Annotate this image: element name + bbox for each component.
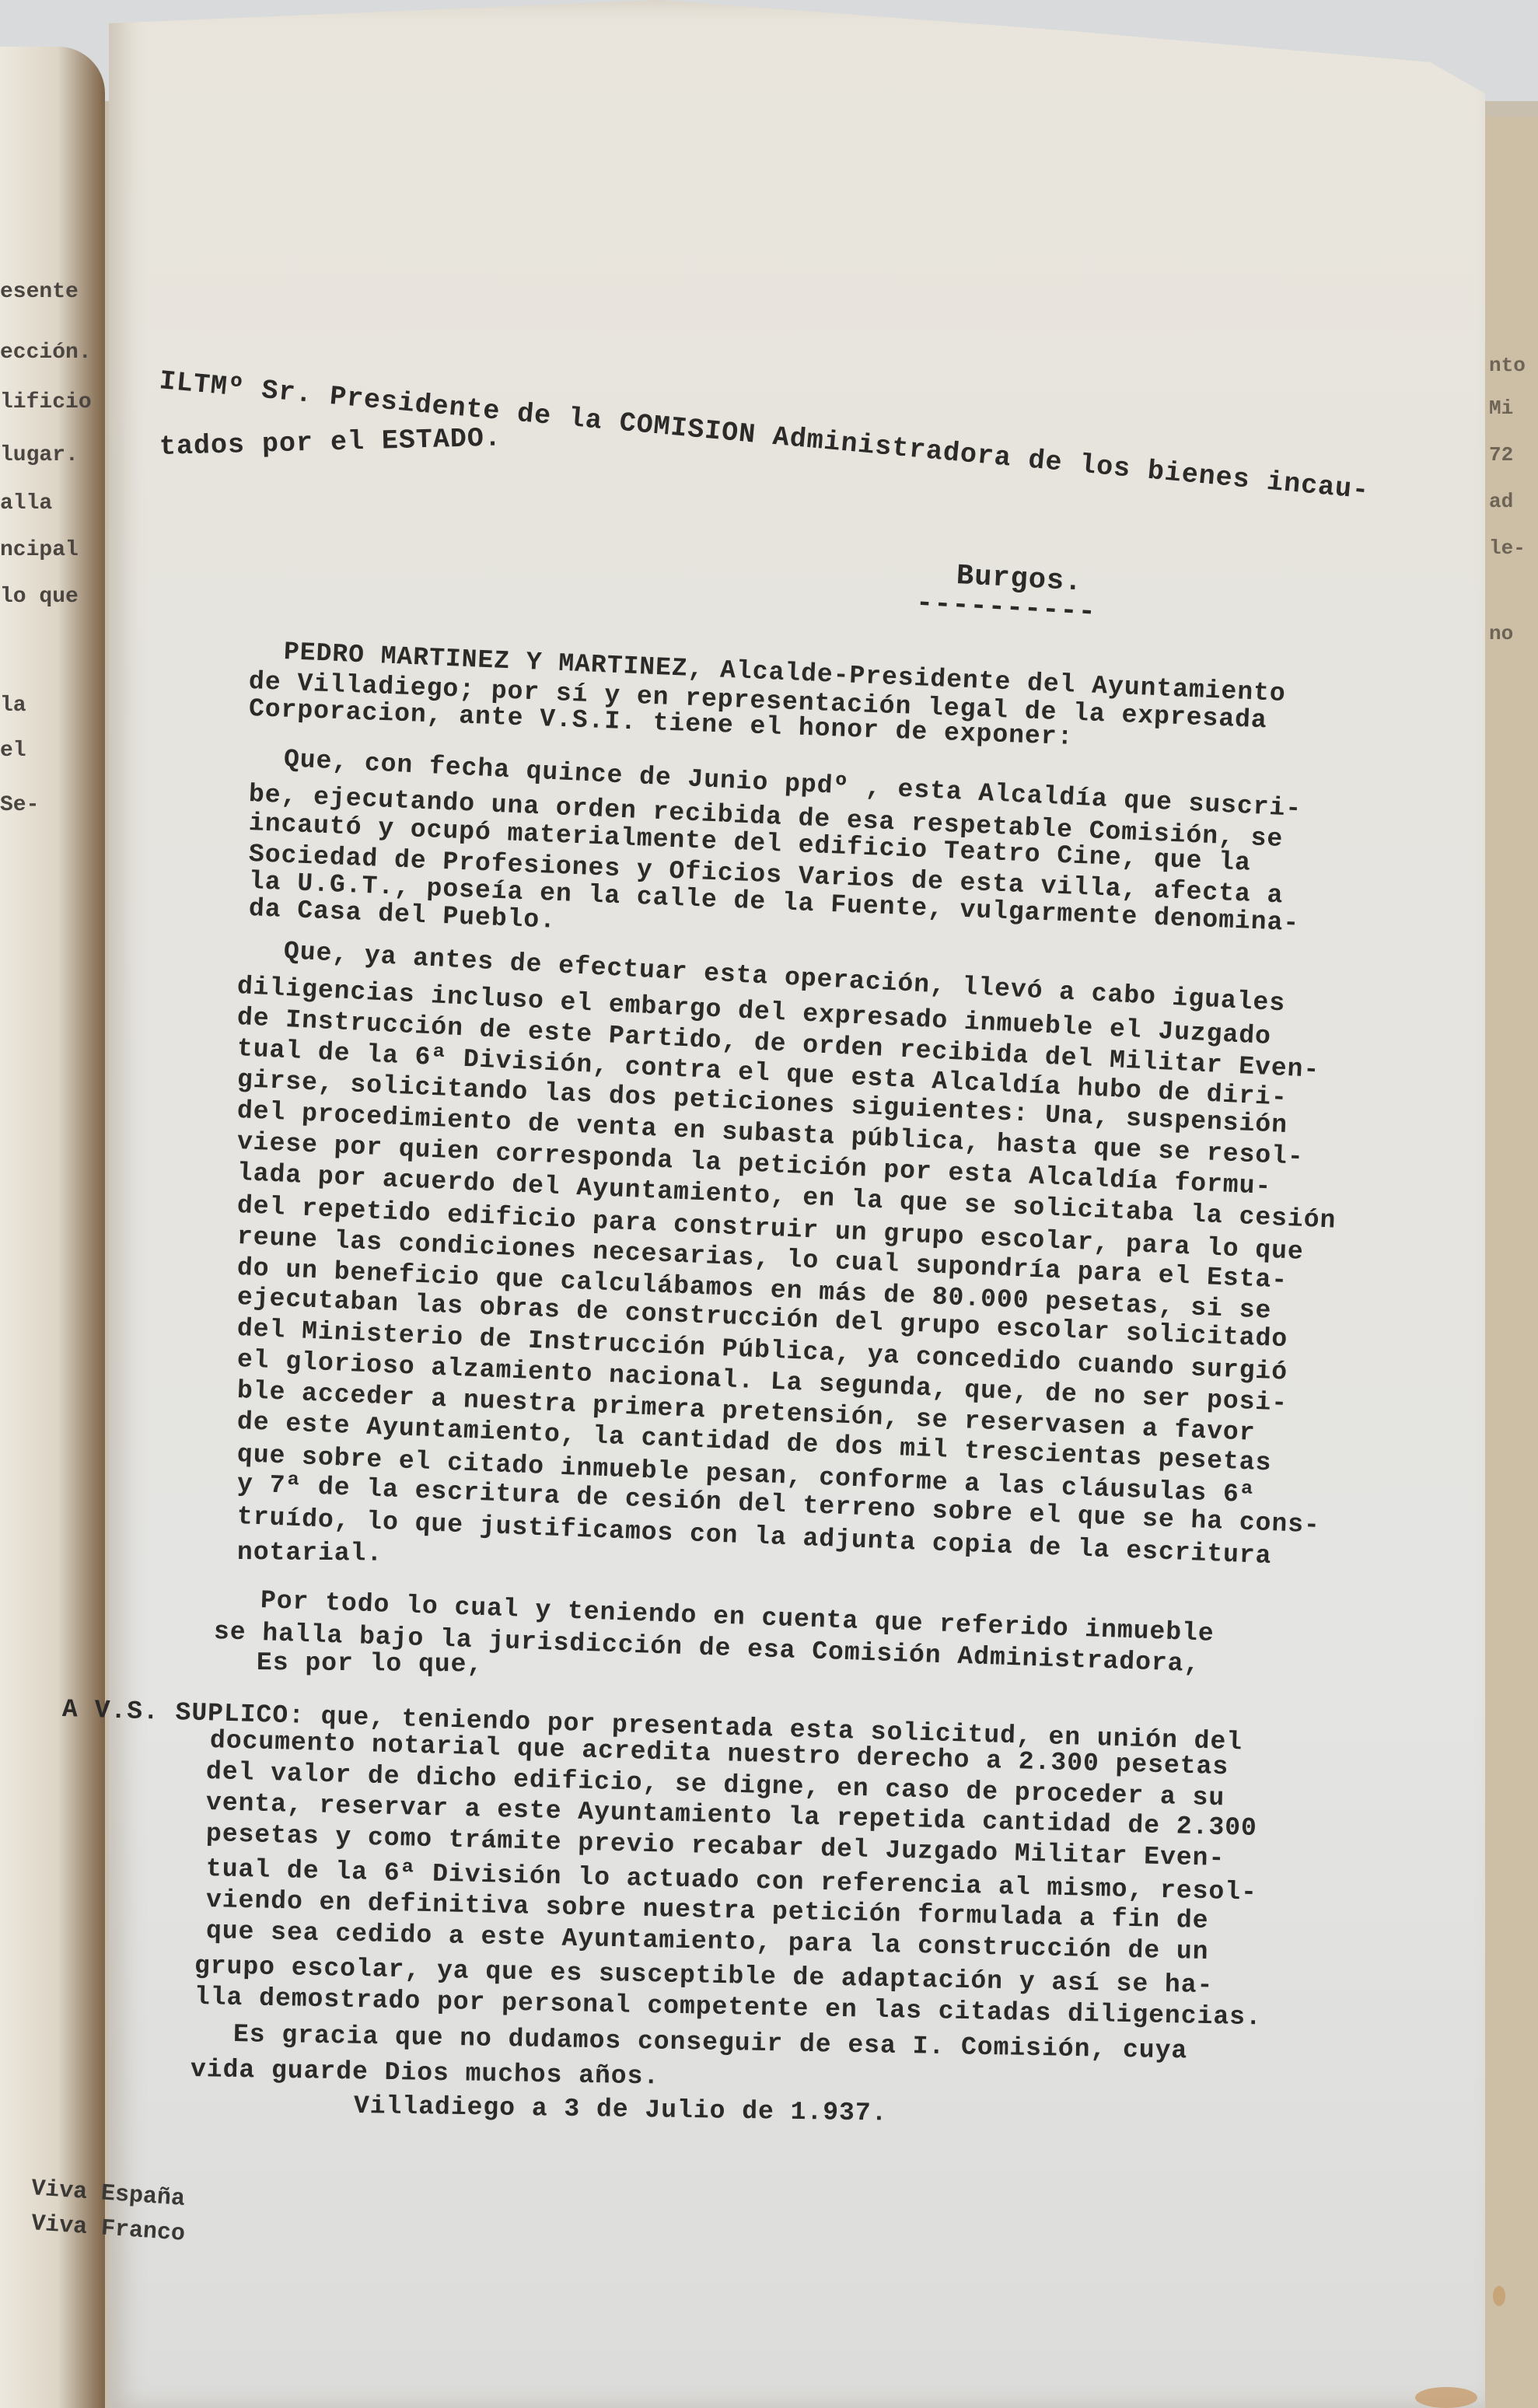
paper-stain: [1493, 2286, 1505, 2306]
left-page-fragment: la: [0, 694, 101, 718]
left-page-fragment: esente: [0, 280, 101, 304]
left-page-fragment: Se-: [0, 793, 101, 817]
right-page-fragment: 72: [1489, 443, 1513, 467]
left-page-fragment: el: [0, 739, 101, 763]
left-page-fragment: lugar.: [0, 443, 101, 467]
body-line: Es por lo que,: [257, 1648, 484, 1679]
left-page-fragment: alla: [0, 491, 101, 516]
left-page-fragment: lo que: [0, 585, 101, 609]
right-page-fragment: ad: [1489, 490, 1513, 513]
right-page-fragment: le-: [1489, 536, 1526, 560]
right-page-fragment: Mi: [1489, 397, 1513, 420]
right-page-fragment: nto: [1489, 354, 1526, 377]
previous-page-edge: esente ección. lificio lugar. alla ncipa…: [0, 47, 105, 2408]
body-line: notarial.: [237, 1538, 383, 1568]
left-page-fragment: ncipal: [0, 538, 101, 562]
left-page-fragment: ección.: [0, 341, 101, 365]
right-page-fragment: no: [1489, 622, 1513, 645]
left-page-fragment: lificio: [0, 390, 101, 414]
paper-stain: [1415, 2387, 1477, 2408]
